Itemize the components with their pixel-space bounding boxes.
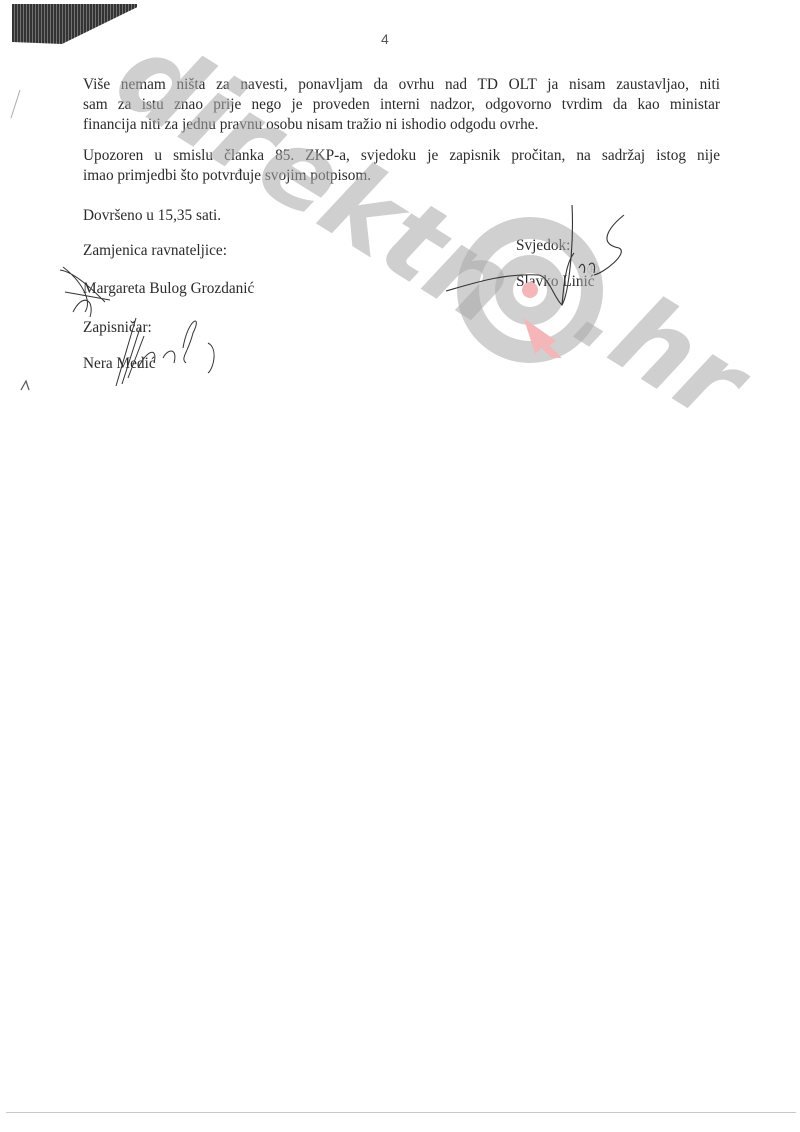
paragraph-line: Više nemam ništa za navesti, ponavljam d… (83, 75, 720, 95)
margin-mark (8, 88, 24, 122)
witness-label: Svjedok: (516, 236, 570, 256)
statement-paragraph: Više nemam ništa za navesti, ponavljam d… (83, 75, 720, 135)
warning-paragraph: Upozoren u smislu članka 85. ZKP-a, svje… (83, 146, 720, 186)
completion-time: Dovršeno u 15,35 sati. (83, 206, 221, 226)
deputy-director-name: Margareta Bulog Grozdanić (83, 279, 254, 299)
deputy-director-label: Zamjenica ravnateljice: (83, 241, 227, 261)
margin-mark (18, 378, 32, 392)
page-number: 4 (381, 31, 389, 47)
witness-signature (444, 203, 634, 313)
recorder-name: Nera Medić (83, 354, 156, 374)
recorder-label: Zapisničar: (83, 318, 152, 338)
witness-name: Slavko Linić (516, 272, 595, 292)
scan-artifact (12, 4, 137, 44)
paragraph-line: Upozoren u smislu članka 85. ZKP-a, svje… (83, 146, 720, 166)
page-bottom-rule (6, 1112, 796, 1113)
watermark-arrow-icon (524, 311, 562, 366)
paragraph-line: sam za istu znao prije nego je proveden … (83, 95, 720, 115)
paragraph-line: financija niti za jednu pravnu osobu nis… (83, 115, 720, 135)
paragraph-line: imao primjedbi što potvrđuje svojim potp… (83, 166, 720, 186)
